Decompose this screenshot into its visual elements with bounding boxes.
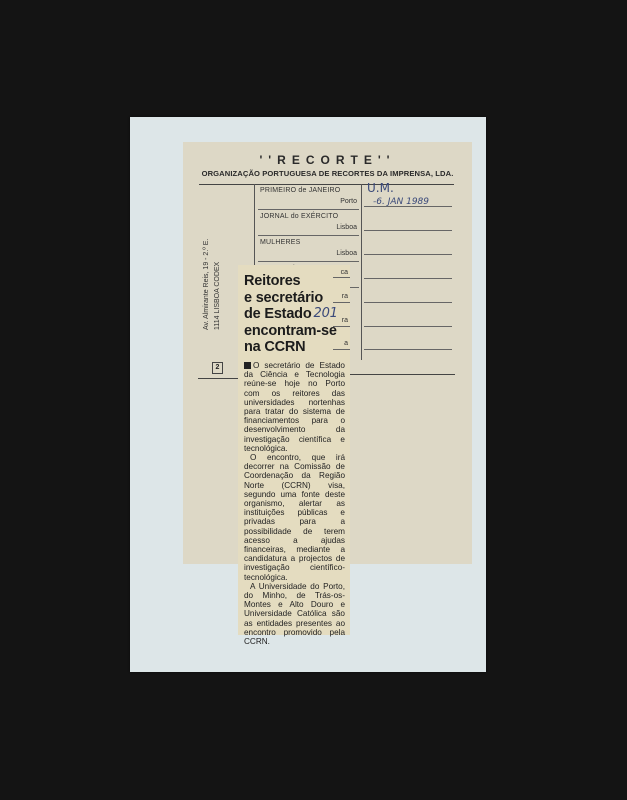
date-rule — [364, 230, 452, 231]
bullet-square-icon — [244, 362, 251, 369]
hidden-city-fragment: a — [344, 340, 348, 347]
page-number-box: 2 — [212, 362, 223, 374]
address-line-1: Av. Almirante Reis, 19 - 2.º E. — [201, 239, 212, 330]
article-paragraph: O encontro, que irá decorrer na Comissão… — [244, 453, 345, 582]
handwritten-date: -6. JAN 1989 — [373, 197, 429, 207]
publication-row: JORNAL do EXÉRCITO Lisboa — [258, 210, 359, 236]
newspaper-clipping: ca ra ra a Reitores e secretário de Esta… — [238, 265, 350, 635]
card-title: ''RECORTE'' — [183, 153, 472, 167]
article-body: O secretário de Estado da Ciência e Tecn… — [244, 361, 345, 646]
article-paragraph: O secretário de Estado da Ciência e Tecn… — [244, 361, 345, 453]
date-rule — [364, 278, 452, 279]
hidden-city-fragment: ra — [342, 317, 348, 324]
article-headline: Reitores e secretário de Estado201 encon… — [244, 273, 337, 356]
handwritten-annotation: 201 — [314, 306, 338, 323]
article-paragraph: A Universidade do Porto, do Minho, de Tr… — [244, 582, 345, 646]
address-line-2: 1114 LISBOA CODEX — [212, 239, 223, 330]
publication-name: JORNAL do EXÉRCITO — [260, 213, 338, 220]
handwritten-initials: U.M. — [367, 181, 394, 195]
card-subtitle: ORGANIZAÇÃO PORTUGUESA DE RECORTES DA IM… — [183, 169, 472, 178]
headline-line: encontram-se — [244, 323, 337, 340]
paragraph-text: O secretário de Estado da Ciência e Tecn… — [244, 361, 345, 453]
publication-name: MULHERES — [260, 239, 301, 246]
publication-name: PRIMEIRO de JANEIRO — [260, 187, 340, 194]
date-rule — [364, 349, 452, 350]
headline-line: na CCRN — [244, 339, 337, 356]
headline-line: e secretário — [244, 290, 337, 307]
hidden-city-fragment: ra — [342, 293, 348, 300]
date-rule — [364, 254, 452, 255]
date-rule — [364, 302, 452, 303]
headline-line: de Estado — [244, 306, 312, 322]
hidden-city-fragment: ca — [341, 269, 348, 276]
publication-city: Porto — [340, 198, 357, 205]
publication-row: MULHERES Lisboa — [258, 236, 359, 262]
address-block: Av. Almirante Reis, 19 - 2.º E. 1114 LIS… — [201, 239, 223, 330]
date-rule — [364, 326, 452, 327]
headline-line: Reitores — [244, 273, 337, 290]
column-divider-right — [361, 184, 362, 360]
publication-row: PRIMEIRO de JANEIRO Porto — [258, 184, 359, 210]
footer-rule-right — [347, 374, 455, 375]
publication-city: Lisboa — [336, 224, 357, 231]
footer-rule-left — [198, 378, 238, 379]
publication-city: Lisboa — [336, 250, 357, 257]
